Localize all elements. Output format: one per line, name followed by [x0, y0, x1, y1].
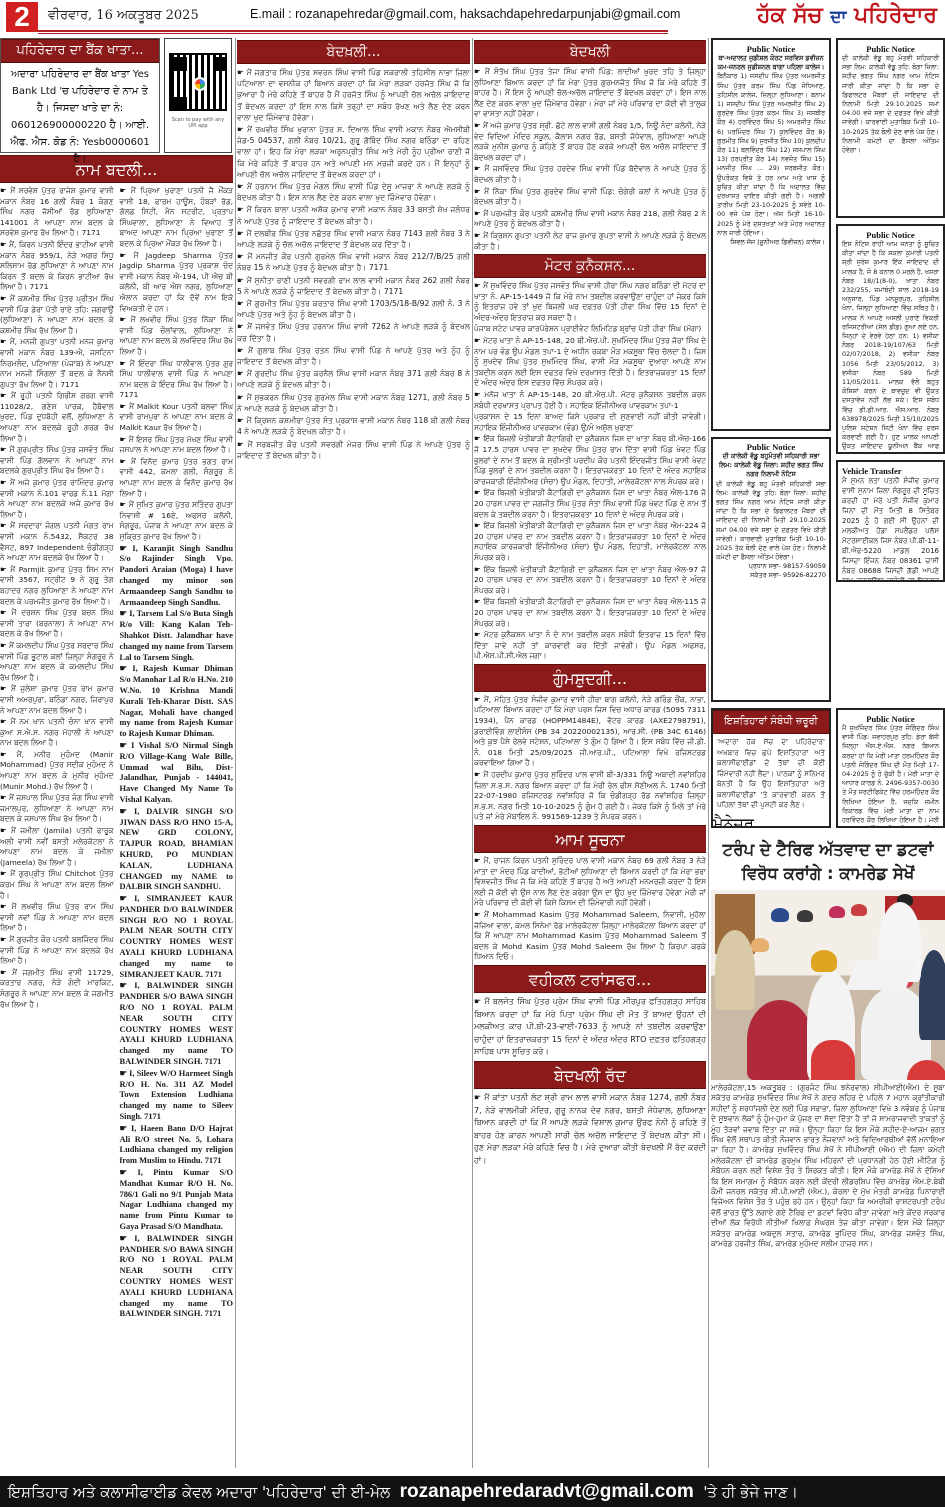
listing-item: ☛ ਮੈਂ ਗੁਰਜੀਤ ਕੌਰ ਪਤਨੀ ਬਲਜਿੰਦਰ ਸਿੰਘ ਵਾਸੀ … [0, 935, 114, 967]
listing-item: ☛ ਮੈਂ ਪਰਮਜੀਤ ਕੌਰ ਪਤਨੀ ਕਸ਼ਮੀਰ ਸਿੰਘ ਵਾਸੀ ਮ… [474, 209, 706, 230]
contact-secretary: ਸਕੱਤਰ ਸਭਾ- 95926-82270 [716, 571, 826, 580]
listing-item: ☛ I, Tarsem Lal S/o Buta Singh R/o Vill:… [120, 609, 234, 663]
listing-item: ☛ ਮੈਂ ਜਮੀਲਾ (Jamila) ਪਤਨੀ ਫਾਰੂਕ ਅਲੀ ਵਾਸੀ… [0, 826, 114, 868]
contact-emails: E.mail : rozanapehredar@gmail.com, haksa… [250, 6, 680, 22]
header-rule [38, 33, 668, 34]
listing-item: ☛ ਮੈਂ ਕਮਲਦੀਪ ਸਿੰਘ ਪੁੱਤਰ ਸਰਦਾਰ ਸਿੰਘ ਵਾਸੀ … [0, 641, 114, 683]
listing-item: ☛ ਮੈਂ ਜੁਲੇਸ਼ਾ ਕੁਮਾਰ ਪੁੱਤਰ ਰਾਮ ਕੁਮਾਰ ਵਾਸੀ… [0, 684, 114, 716]
listing-item: ☛ ਇੱਕ ਬਿਜਲੀ ਖੇਤੀਬਾੜੀ ਕੈਟਾਗਿਰੀ ਦਾ ਕੁਨੈਕਸ਼… [474, 597, 706, 629]
motor-connection-listings: ☛ ਮੈਂ ਸੁਖਵਿੰਦਰ ਸਿੰਘ ਪੁੱਤਰ ਜਸਵੰਤ ਸਿੰਘ ਵਾਸ… [474, 281, 706, 662]
notice-signature: ਸਿਵਲ ਜੱਜ (ਜੂਨੀਅਰ ਡਿਵੀਜ਼ਨ) ਕਾਲੇਜ। [717, 238, 825, 247]
listing-item: ☛ ਮੈਂ ਜਸਪਾਲ ਸਿੰਘ ਪੁੱਤਰ ਜੰਗ ਸਿੰਘ ਵਾਸੀ ਜਮਾ… [0, 793, 114, 825]
listing-item: ☛ I, Karanjit Singh Sandhu S/o Rajinder … [120, 544, 234, 609]
listing-item: ☛ ਮੈਂ, ਮਨੀਰ ਮੁਹੰਮਦ (Manir Mohammad) ਪੁੱਤ… [0, 750, 114, 792]
notice-body: ਦੀ ਕਾਲੇਕੀ ਵੱਡੂ ਬਹੁ ਮੰਤਵੀ ਸਹਿਕਾਰੀ ਸਭਾ ਲਿਮ… [842, 54, 939, 155]
listing-item: ☛ ਮੈਂ ਅਜੇ ਕੁਮਾਰ ਪੁੱਤਰ ਸ਼੍ਰੀ. ਛੋਟੇ ਲਾਲ ਵਾ… [474, 121, 706, 163]
bank-details: ਅਦਾਰਾ ਪਹਿਰੇਦਾਰ ਦਾ ਬੈਂਕ ਖਾਤਾ Yes Bank Ltd… [1, 63, 159, 171]
masthead: 2 ਵੀਰਵਾਰ, 16 ਅਕਤੂਬਰ 2025 E.mail : rozana… [0, 0, 945, 34]
listing-item: ☛ ਮੈਂ ਦਲਬੀਰ ਸਿੰਘ ਪੁੱਤਰ ਨਛੱਤਰ ਸਿੰਘ ਵਾਸੀ ਮ… [237, 228, 470, 250]
listing-item: ☛ ਮੈਂ ਮਨਜੀਤ ਕੌਰ ਪਤਨੀ ਗੁਰਮੇਲ ਸਿੰਘ ਵਾਸੀ ਮਕ… [237, 251, 470, 273]
listing-item: ☛ ਮਨੋਜ ਖਾਤਾ ਨੰ AP-15-148, 20 ਬੀ.ਐਚ.ਪੀ. ਮ… [474, 390, 706, 411]
listing-item: ☛ ਮੈਂ Mohammad Kasim ਪੁੱਤਰ Mohammad Sale… [474, 910, 706, 963]
listing-item: ☛ ਇੱਕ ਬਿਜਲੀ ਖੇਤੀਬਾੜੀ ਕੈਟਾਗਿਰੀ ਦਾ ਕੁਨੈਕਸ਼… [474, 521, 706, 563]
notice-title: Public Notice [842, 44, 939, 54]
listing-item: ☛ ਮੈਂ ਕ੍ਰਿਸ਼ਨ ਗੁਪਤਾ ਪਤਨੀ ਲੇਟ ਰਾਜ ਕੁਮਾਰ ਗ… [474, 231, 706, 252]
column-divider [235, 38, 236, 1468]
contact-president: ਪ੍ਰਧਾਨ ਸਭਾ- 98157-59059 [716, 562, 826, 571]
bedakhli-listings: ☛ ਮੈਂ ਜਗਤਾਰ ਸਿੰਘ ਪੁੱਤਰ ਸਵਰਨ ਸਿੰਘ ਵਾਸੀ ਪਿ… [237, 67, 470, 461]
section-heading-gumshudgi: ਗੁੰਮਸ਼ੁਦਗੀ... [474, 664, 706, 692]
listing-item: ☛ I, Haeen Bano D/O Hajrat Ali R/O stree… [120, 1124, 234, 1167]
column-1: ਪਹਿਰੇਦਾਰ ਦਾ ਬੈਂਕ ਖਾਤਾ... ਅਦਾਰਾ ਪਹਿਰੇਦਾਰ … [0, 38, 233, 1468]
listing-item: ☛ ਮੈਂ ਕਾਂਤਾ ਪਤਨੀ ਲੇਟ ਸ਼੍ਰੀ ਰਾਮ ਲਾਲ ਵਾਸੀ … [474, 1092, 706, 1168]
listing-item: ☛ I, SIMRANJEET KAUR PANDHER D/O BALWIND… [120, 894, 234, 980]
listing-item: ☛ I, BALWINDER SINGH PANDHER S/O BAWA SI… [120, 981, 234, 1067]
notice-subtitle: ਬਾ-ਅਦਾਲਤ ਜੁਡੀਸ਼ਲ ਕੋਰਟ ਸਰਵਿਸ ਡਵੀਜ਼ਨ ਕਮ-ਜਨ… [717, 54, 825, 72]
listing-item: ☛ ਮੈਂ ਅਜੇ ਕੁਮਾਰ ਪੁੱਤਰ ਰਾਮਿੰਦਰ ਕੁਮਾਰ ਵਾਸੀ… [0, 478, 114, 520]
listing-item: ☛ ਮੈਂ, ਰਾਜਨ ਕਿਰਨ ਪਤਨੀ ਸੁਰਿੰਦਰ ਪਾਲ ਵਾਸੀ ਮ… [474, 856, 706, 909]
advisory-signature: ਮੈਨੇਜਰ [713, 814, 829, 829]
advisory-body: 'ਅਦਾਰਾ ਹੱਕ ਸੱਚ ਦਾ ਪਹਿਰੇਦਾਰ' ਅਖਬਾਰ ਵਿਚ ਛਪ… [713, 734, 829, 814]
qr-caption: Scan to pay with any UPI app [169, 117, 227, 129]
listing-item: ☛ ਮੈਂ ਜਸਵਿੰਦਰ ਸਿੰਘ ਪੁੱਤਰ ਹਰਦੇਵ ਸਿੰਘ ਵਾਸੀ… [474, 164, 706, 185]
bank-account-info: ਪਹਿਰੇਦਾਰ ਦਾ ਬੈਂਕ ਖਾਤਾ... ਅਦਾਰਾ ਪਹਿਰੇਦਾਰ … [0, 38, 160, 153]
public-notice-auction: Public Notice ਦੀ ਕਾਲੇਕੀ ਵੱਡੂ ਬਹੁ ਮੰਤਵੀ ਸ… [836, 38, 945, 218]
listing-item: ☛ ਮੈਂ ਦਰਸ਼ਨ ਸਿੰਘ ਪੁੱਤਰ ਬਚਨ ਸਿੰਘ ਵਾਸੀ ਤਾਰ… [0, 608, 114, 640]
listing-item: ☛ ਮੈਂ ਲਖਵੀਰ ਸਿੰਘ ਪੁੱਤਰ ਨਿੱਕਾ ਸਿੰਘ ਵਾਸੀ ਪ… [120, 315, 234, 357]
news-article: ਟਰੰਪ ਦੇ ਟੈਰਿਫ ਅੱਤਵਾਦ ਦਾ ਡਟਵਾਂ ਵਿਰੋਧ ਕਰਾਂ… [711, 838, 945, 1250]
name-change-english: ☛ I, Karanjit Singh Sandhu S/o Rajinder … [120, 544, 234, 1321]
column-divider [472, 38, 473, 1468]
listing-item: ☛ ਮੈਂ, ਮੋਹਿਤ ਪੁੱਤਰ ਸੰਜੀਵ ਕੁਮਾਰ ਵਾਸੀ ਹੀਰਾ… [474, 695, 706, 769]
listing-item: ☛ ਮੈਂ ਗੁਰਪ੍ਰੀਤ ਸਿੰਘ ਪੁੱਤਰ ਜਸਵੰਤ ਸਿੰਘ ਵਾਸ… [0, 445, 114, 477]
advisory-title: ਇਸ਼ਤਿਹਾਰਾਂ ਸੰਬੰਧੀ ਜ਼ਰੂਰੀ ਬੇਨਤੀ [713, 710, 829, 734]
listing-item: ☛ I, Sileev W/O Harmeet Singh R/O H. No.… [120, 1069, 234, 1123]
bank-account-box: ਪਹਿਰੇਦਾਰ ਦਾ ਬੈਂਕ ਖਾਤਾ... ਅਦਾਰਾ ਪਹਿਰੇਦਾਰ … [0, 38, 233, 153]
notice-subtitle: ਦੀ ਕਾਲੇਕੀ ਵੱਡੂ ਬਹੁਮੰਤਵੀ ਸਹਿਕਾਰੀ ਸਭਾ ਲਿਮ:… [716, 452, 826, 480]
notice-title: Public Notice [716, 442, 826, 452]
footer-banner: ਇਸ਼ਤਿਹਾਰ ਅਤੇ ਕਲਾਸੀਫਾਈਡ ਕੇਵਲ ਅਦਾਰਾ 'ਪਹਿਰੇ… [0, 1476, 945, 1507]
section-heading-aam-suchna: ਆਮ ਸੂਚਨਾ [474, 825, 706, 853]
listing-item: ☛ ਮੈਂ ਕਸ਼ਮੀਰ ਸਿੰਘ ਪੁੱਤਰ ਪ੍ਰੀਤਮ ਸਿੰਘ ਵਾਸੀ… [0, 294, 114, 336]
listing-item: ☛ ਮੈਂ ਜਗਮੀਤ ਸਿੰਘ ਵਾਸੀ 11729, ਕਰਤਾਰ ਨਗਰ, … [0, 968, 114, 1010]
listing-item: ☛ ਮੈਂ ਵਿਨੋਦ ਕੁਮਾਰ ਪੁੱਤਰ ਭਗਤ ਰਾਮ ਵਾਸੀ 442… [120, 457, 234, 499]
listing-item: ☛ ਮੈਂ ਇੰਦਰਾ ਸਿੰਘ ਧਾਲੀਵਾਲ ਪੁੱਤਰ ਗੁਰ ਸਿੰਘ … [120, 359, 234, 401]
listing-item: ☛ ਮੈਂ ਰੂਹੀ ਪਤਨੀ ਗਿਰੀਸ਼ ਗਰਗ ਵਾਸੀ 11028/2,… [0, 391, 114, 444]
logo-part-3: ਪਹਿਰੇਦਾਰ [854, 3, 937, 28]
listing-item: ☛ ਮੈਂ ਸੁਖਵਿੰਦਰ ਸਿੰਘ ਪੁੱਤਰ ਜਸਵੰਤ ਸਿੰਘ ਵਾਸ… [474, 281, 706, 323]
section-heading-bedakhli-radd: ਬੇਦਖਲੀ ਰੱਦ [474, 1061, 706, 1089]
listing-item: ☛ ਮੈਂ ਸੁਨੀਤਾ ਰਾਣੀ ਪਤਨੀ ਸਵਰਗੀ ਰਾਮ ਲਾਲ ਵਾਸ… [237, 275, 470, 297]
listing-item: ☛ ਮੈਂ ਕਿਰਨ ਬਾਲਾ ਪਤਨੀ ਅਸ਼ੋਕ ਕੁਮਾਰ ਵਾਸੀ ਮਕ… [237, 204, 470, 226]
notice-title: Vehicle Transfer [842, 466, 939, 476]
listing-item: ☛ ਮੈਂ ਨਮ ਖਾਨ ਪਤਨੀ ਚੰਨਾ ਖਾਨ ਵਾਸੀ ਕੁਆ ਸ.ਐ.… [0, 717, 114, 749]
listing-item: ☛ ਮੈਂ ਗੁਰਪ੍ਰੀਤ ਸਿੰਘ Chitchot ਪੁੱਤਰ ਕਰਮ ਸ… [0, 869, 114, 901]
notice-body: ਮੈਂ ਸੁਖਜਿੰਦਰ ਸਿੰਘ ਪੁੱਤਰ ਜੋਗਿੰਦਰ ਸਿੰਘ ਵਾਸ… [842, 724, 939, 828]
listing-item: ਪ੍ਰਕਾਸ਼ਨ ਦੇ 15 ਦਿਨਾ ਬਾਅਦ ਕਿਸੇ ਪ੍ਰਕਾਰ ਦੀ … [474, 412, 706, 433]
news-body: ਮਾਲੇਰਕੋਟਲਾ,15 ਅਕਤੂਬਰ : (ਗੁਰਜੰਟ ਸਿੰਘ ਝਨੇਰ… [711, 1083, 945, 1250]
name-change-listings: ☛ ਮੈਂ ਸਰਵੇਸ਼ ਪੁੱਤਰ ਰਾਜੇਸ਼ ਕੁਮਾਰ ਵਾਸੀ ਮਕਾ… [0, 186, 233, 1321]
notice-title: Public Notice [842, 714, 939, 724]
listing-item: ☛ ਇੱਕ ਬਿਜਲੀ ਖੇਤੀਬਾੜੀ ਕੈਟਾਗਿਰੀ ਦਾ ਕੁਨੈਕਸ਼… [474, 434, 706, 487]
listing-item: ☛ ਮੈਂ ਸਰਬਜੀਤ ਕੌਰ ਪਤਨੀ ਸਵਰਗੀ ਮੇਜਰ ਸਿੰਘ ਵਾ… [237, 439, 470, 461]
bank-title: ਪਹਿਰੇਦਾਰ ਦਾ ਬੈਂਕ ਖਾਤਾ... [1, 39, 159, 63]
logo-part-1: ਹੱਕ ਸੱਚ [757, 3, 823, 28]
listing-item: ☛ ਮੈਂ ਹਰਨਾਮ ਸਿੰਘ ਪੁੱਤਰ ਮੰਗਲ ਸਿੰਘ ਵਾਸੀ ਪਿ… [237, 181, 470, 203]
listing-item: ☛ ਮੈਂ ਸਰਵੇਸ਼ ਪੁੱਤਰ ਰਾਜੇਸ਼ ਕੁਮਾਰ ਵਾਸੀ ਮਕਾ… [0, 186, 114, 239]
listing-item: ☛ ਮੈਂ ਹਰਦੀਪ ਕੁਮਾਰ ਪੁੱਤਰ ਸੁਰਿੰਦਰ ਪਾਲ ਵਾਸੀ… [474, 770, 706, 823]
column-2: ਬੇਦਖ਼ਲੀ... ☛ ਮੈਂ ਜਗਤਾਰ ਸਿੰਘ ਪੁੱਤਰ ਸਵਰਨ ਸ… [237, 38, 470, 1468]
column-4: Public Notice ਬਾ-ਅਦਾਲਤ ਜੁਡੀਸ਼ਲ ਕੋਰਟ ਸਰਵਿ… [711, 38, 945, 1468]
section-heading-bedakhli: ਬੇਦਖਲੀ [474, 40, 706, 64]
listing-item: ☛ ਮੈਂ ਕ੍ਰਿਸ਼ਨ ਕਸ਼ਮੀਰਾ ਪੁੱਤਰ ਸੰਤ ਪ੍ਰਕਾਸ਼ … [237, 415, 470, 437]
listing-item: ☛ ਮੈਂ ਜਸਵੰਤ ਸਿੰਘ ਪੁੱਤਰ ਹਰਨਾਮ ਸਿੰਘ ਵਾਸੀ 7… [237, 321, 470, 343]
news-headline: ਟਰੰਪ ਦੇ ਟੈਰਿਫ ਅੱਤਵਾਦ ਦਾ ਡਟਵਾਂ ਵਿਰੋਧ ਕਰਾਂ… [711, 838, 945, 886]
listing-item: ☛ ਮੈਂ, ਕਿਰਨ ਪਤਨੀ ਇੰਦਰ ਭਾਟੀਆ ਵਾਸੀ ਮਕਾਨ ਨੰ… [0, 240, 114, 293]
public-notice-name-record: Public Notice ਮੈਂ ਸੁਖਜਿੰਦਰ ਸਿੰਘ ਪੁੱਤਰ ਜੋ… [836, 708, 945, 828]
listing-item: ☛ ਇੱਕ ਬਿਜਲੀ ਖੇਤੀਬਾੜੀ ਕੈਟਾਗਿਰੀ ਦਾ ਕੁਨੈਕਸ਼… [474, 488, 706, 520]
listing-item: ☛ ਮੈਂ ਬਲਜੋਤ ਸਿੰਘ ਪੁੱਤਰ ਪ੍ਰੇਮ ਸਿੰਘ ਵਾਸੀ ਪ… [474, 996, 706, 1059]
listing-item: ☛ ਮੈਂ ਸੰਤੋਖ ਸਿੰਘ ਪੁੱਤਰ ਤੇਜਾ ਸਿੰਘ ਵਾਸੀ ਪਿ… [474, 67, 706, 120]
section-heading-motor-connection: ਮੋਟਰ ਕੁਨੈਕਸ਼ਨ... [474, 254, 706, 278]
newspaper-logo: ਹੱਕ ਸੱਚ ਦਾ ਪਹਿਰੇਦਾਰ [757, 2, 937, 31]
issue-date: ਵੀਰਵਾਰ, 16 ਅਕਤੂਬਰ 2025 [48, 8, 199, 24]
notice-body: ਬਿਨੈਕਾਰ 1) ਜਸਦੀਪ ਸਿੰਘ ਪੁੱਤਰ ਅਮਰਜੀਤ ਸਿੰਘ … [717, 72, 825, 238]
aam-suchna-listings: ☛ ਮੈਂ, ਰਾਜਨ ਕਿਰਨ ਪਤਨੀ ਸੁਰਿੰਦਰ ਪਾਲ ਵਾਸੀ ਮ… [474, 856, 706, 963]
section-heading-vehicle-transfer: ਵਹੀਕਲ ਟਰਾਂਸਫਰ... [474, 965, 706, 993]
listing-item: ☛ I Vishal S/O Nirmal Singh R/O Village-… [120, 741, 234, 806]
listing-item: ☛ I, DALVIR SINGH S/O JIWAN DASS R/O HNO… [120, 807, 234, 893]
notice-row-bottom: ਇਸ਼ਤਿਹਾਰਾਂ ਸੰਬੰਧੀ ਜ਼ਰੂਰੀ ਬੇਨਤੀ 'ਅਦਾਰਾ ਹੱ… [711, 708, 945, 834]
column-divider [708, 38, 709, 1468]
footer-text-end: 'ਤੇ ਹੀ ਭੇਜੇ ਜਾਣ। [703, 1483, 798, 1501]
public-notice-court: Public Notice ਬਾ-ਅਦਾਲਤ ਜੁਡੀਸ਼ਲ ਕੋਰਟ ਸਰਵਿ… [711, 38, 831, 431]
listing-item: ☛ I, BALWINDER SINGH PANDHER S/O BAWA SI… [120, 1234, 234, 1320]
gumshudgi-listings: ☛ ਮੈਂ, ਮੋਹਿਤ ਪੁੱਤਰ ਸੰਜੀਵ ਕੁਮਾਰ ਵਾਸੀ ਹੀਰਾ… [474, 695, 706, 823]
bedakhli-radd-listings: ☛ ਮੈਂ ਕਾਂਤਾ ਪਤਨੀ ਲੇਟ ਸ਼੍ਰੀ ਰਾਮ ਲਾਲ ਵਾਸੀ … [474, 1092, 706, 1168]
footer-text: ਇਸ਼ਤਿਹਾਰ ਅਤੇ ਕਲਾਸੀਫਾਈਡ ਕੇਵਲ ਅਦਾਰਾ 'ਪਹਿਰੇ… [8, 1483, 390, 1501]
vehicle-transfer-notice: Vehicle Transfer ਮੈਂ ਸੁਮਨ ਲਤਾ ਪਤਨੀ ਸੰਜੀਵ… [836, 460, 945, 582]
listing-item: ☛ ਮੈਂ ਗੁਰਦੀਪ ਸਿੰਘ ਪੁੱਤਰ ਕਰਨੈਲ ਸਿੰਘ ਵਾਸੀ … [237, 368, 470, 390]
listing-item: ☛ ਮੈਂ ਰਘਵੀਰ ਸਿੰਘ ਖੁਰਾਨਾ ਪੁੱਤਰ ਸ. ਦਿਆਲ ਸਿ… [237, 124, 470, 180]
advisory-box: ਇਸ਼ਤਿਹਾਰਾਂ ਸੰਬੰਧੀ ਜ਼ਰੂਰੀ ਬੇਨਤੀ 'ਅਦਾਰਾ ਹੱ… [711, 708, 831, 828]
section-heading-bedakhli: ਬੇਦਖ਼ਲੀ... [237, 40, 470, 64]
listing-item: ☛ ਮੈਂ ਇਸ਼ਰ ਸਿੰਘ ਪੁੱਤਰ ਮੱਖਣ ਸਿੰਘ ਵਾਸੀ ਜਸਪ… [120, 435, 234, 456]
listing-item: ☛ I, Pintu Kumar S/O Mandhat Kumar R/O H… [120, 1168, 234, 1233]
listing-item: ☛ ਮੈਂ ਗੁਰਮੀਤ ਸਿੰਘ ਪੁੱਤਰ ਕਰਤਾਰ ਸਿੰਘ ਵਾਸੀ … [237, 298, 470, 320]
listing-item: ☛ ਮੈਂ ਸ਼ੁਭਕਰਨ ਸਿੰਘ ਪੁੱਤਰ ਗੁਰਮੇਲ ਸਿੰਘ ਵਾਸ… [237, 392, 470, 414]
listing-item: ☛ ਮੈਂ ਨਿੱਕਾ ਸਿੰਘ ਪੁੱਤਰ ਗੁਰਦੇਵ ਸਿੰਘ ਵਾਸੀ … [474, 187, 706, 208]
listing-item: ☛ ਮੈਂ ਲਖਵੀਰ ਸਿੰਘ ਪੁੱਤਰ ਰਾਮ ਸਿੰਘ ਵਾਸੀ ਨਵਾ… [0, 902, 114, 934]
upi-qr-code[interactable]: Scan to pay with any UPI app [164, 38, 232, 153]
listing-item: ☛ ਮੈਂ, ਮਨਜੀ ਗੁਪਤਾ ਪਤਨੀ ਮਨਜ ਕੁਮਾਰ ਵਾਸੀ ਮਕ… [0, 337, 114, 390]
notice-body: ਦੀ ਕਾਲੇਕੀ ਵੱਡੂ ਬਹੁ ਮੰਤਵੀ ਸਹਿਕਾਰੀ ਸਭਾ ਲਿਮ… [716, 480, 826, 563]
notice-title: Public Notice [717, 44, 825, 54]
listing-item: ☛ ਮੈਂ ਸਰਦਾਰਾ ਜੰਗਲ ਪਤਨੀ ਮੰਗਤ ਰਾਮ ਵਾਸੀ ਮਕਾ… [0, 521, 114, 563]
listing-item: ਪੰਜਾਬ ਸਟੇਟ ਪਾਵਰ ਕਾਰਪੋਰੇਸ਼ਨ ਪ੍ਰਾਈਵੇਟ ਲਿਮਿ… [474, 324, 706, 335]
header-rule [38, 30, 668, 32]
notice-body: ਮੈਂ ਸੁਮਨ ਲਤਾ ਪਤਨੀ ਸੰਜੀਵ ਕੁਮਾਰ ਵਾਸੀ ਸੁਨਾਮ… [842, 476, 939, 582]
bedakhli-listings: ☛ ਮੈਂ ਸੰਤੋਖ ਸਿੰਘ ਪੁੱਤਰ ਤੇਜਾ ਸਿੰਘ ਵਾਸੀ ਪਿ… [474, 67, 706, 252]
notice-row-top: Public Notice ਬਾ-ਅਦਾਲਤ ਜੁਡੀਸ਼ਲ ਕੋਰਟ ਸਰਵਿ… [711, 38, 945, 708]
listing-item: ☛ ਮੈਂ ਸੁਖਿਤ ਕੁਮਾਰ ਪੁੱਤਰ ਸਤਿੰਦਰ ਗੁਪਤਾ ਨਿਵ… [120, 500, 234, 542]
listing-item: ☛ ਮੋਟਰ ਖਾਤਾ ਨੰ AP-15-148, 20 ਬੀ.ਐਚ.ਪੀ. ਸ… [474, 336, 706, 389]
listing-item: ☛ ਮੈਂ ਜਗਤਾਰ ਸਿੰਘ ਪੁੱਤਰ ਸਵਰਨ ਸਿੰਘ ਵਾਸੀ ਪਿ… [237, 67, 470, 123]
notice-body: ਇਸ ਨੋਟਿਸ ਰਾਹੀਂ ਆਮ ਜਨਤਾ ਨੂੰ ਸੂਚਿਤ ਕੀਤਾ ਜਾ… [842, 240, 939, 454]
column-3: ਬੇਦਖਲੀ ☛ ਮੈਂ ਸੰਤੋਖ ਸਿੰਘ ਪੁੱਤਰ ਤੇਜਾ ਸਿੰਘ … [474, 38, 706, 1468]
listing-item: ☛ ਮੈਂ ਪ੍ਰਿਆ ਖੁਰਾਣਾ ਪਤਨੀ ਜੈ ਮੌਂਕੜ ਵਾਸੀ 18… [120, 186, 234, 250]
qr-code-icon [169, 53, 227, 111]
listing-item: ☛ ਮੈਂ Malkit Kour ਪਤਨੀ ਬਲਵਾ ਸਿੰਘ ਵਾਸੀ ਰਾ… [120, 402, 234, 434]
notice-title: Public Notice [842, 230, 939, 240]
public-notice-society: Public Notice ਦੀ ਕਾਲੇਕੀ ਵੱਡੂ ਬਹੁਮੰਤਵੀ ਸਹ… [711, 437, 831, 702]
page-number: 2 [6, 2, 38, 32]
vehicle-transfer-listings: ☛ ਮੈਂ ਬਲਜੋਤ ਸਿੰਘ ਪੁੱਤਰ ਪ੍ਰੇਮ ਸਿੰਘ ਵਾਸੀ ਪ… [474, 996, 706, 1059]
public-notice-lost-deeds: Public Notice ਇਸ ਨੋਟਿਸ ਰਾਹੀਂ ਆਮ ਜਨਤਾ ਨੂੰ… [836, 224, 945, 454]
name-change-col-b: ☛ ਮੈਂ ਪ੍ਰਿਆ ਖੁਰਾਣਾ ਪਤਨੀ ਜੈ ਮੌਂਕੜ ਵਾਸੀ 18… [120, 186, 234, 1321]
listing-item: ☛ ਮੈਂ Jagdeep Sharma ਪੁੱਤਰ Jagdip Sharma… [120, 251, 234, 315]
footer-email-link[interactable]: rozanapehredaradvt@gmail.com [400, 1481, 694, 1502]
name-change-col-a: ☛ ਮੈਂ ਸਰਵੇਸ਼ ਪੁੱਤਰ ਰਾਜੇਸ਼ ਕੁਮਾਰ ਵਾਸੀ ਮਕਾ… [0, 186, 114, 1321]
meeting-photo [711, 890, 945, 1080]
listing-item: ☛ ਮੈਂ ਗੁਲਾਬ ਸਿੰਘ ਪੁੱਤਰ ਰਤਨ ਸਿੰਘ ਵਾਸੀ ਪਿੰ… [237, 345, 470, 367]
listing-item: ☛ ਮੈਂ Parmjit ਕੁਮਾਰ ਪੁੱਤਰ ਸ਼ਿਮ ਨਾਮ ਵਾਸੀ … [0, 565, 114, 607]
logo-part-2: ਦਾ [830, 7, 846, 27]
listing-item: ☛ I, Rajesh Kumar Dhiman S/o Manohar Lal… [120, 664, 234, 740]
listing-item: ☛ ਮੋਟਰ ਕੁਨੈਕਸ਼ਨ ਖਾਤਾ ਨੰ ਦੇ ਨਾਮ ਤਬਦੀਲ ਕਰਨ… [474, 630, 706, 662]
listing-item: ☛ ਇੱਕ ਬਿਜਲੀ ਖੇਤੀਬਾੜੀ ਕੈਟਾਗਿਰੀ ਦਾ ਕੁਨੈਕਸ਼… [474, 565, 706, 597]
